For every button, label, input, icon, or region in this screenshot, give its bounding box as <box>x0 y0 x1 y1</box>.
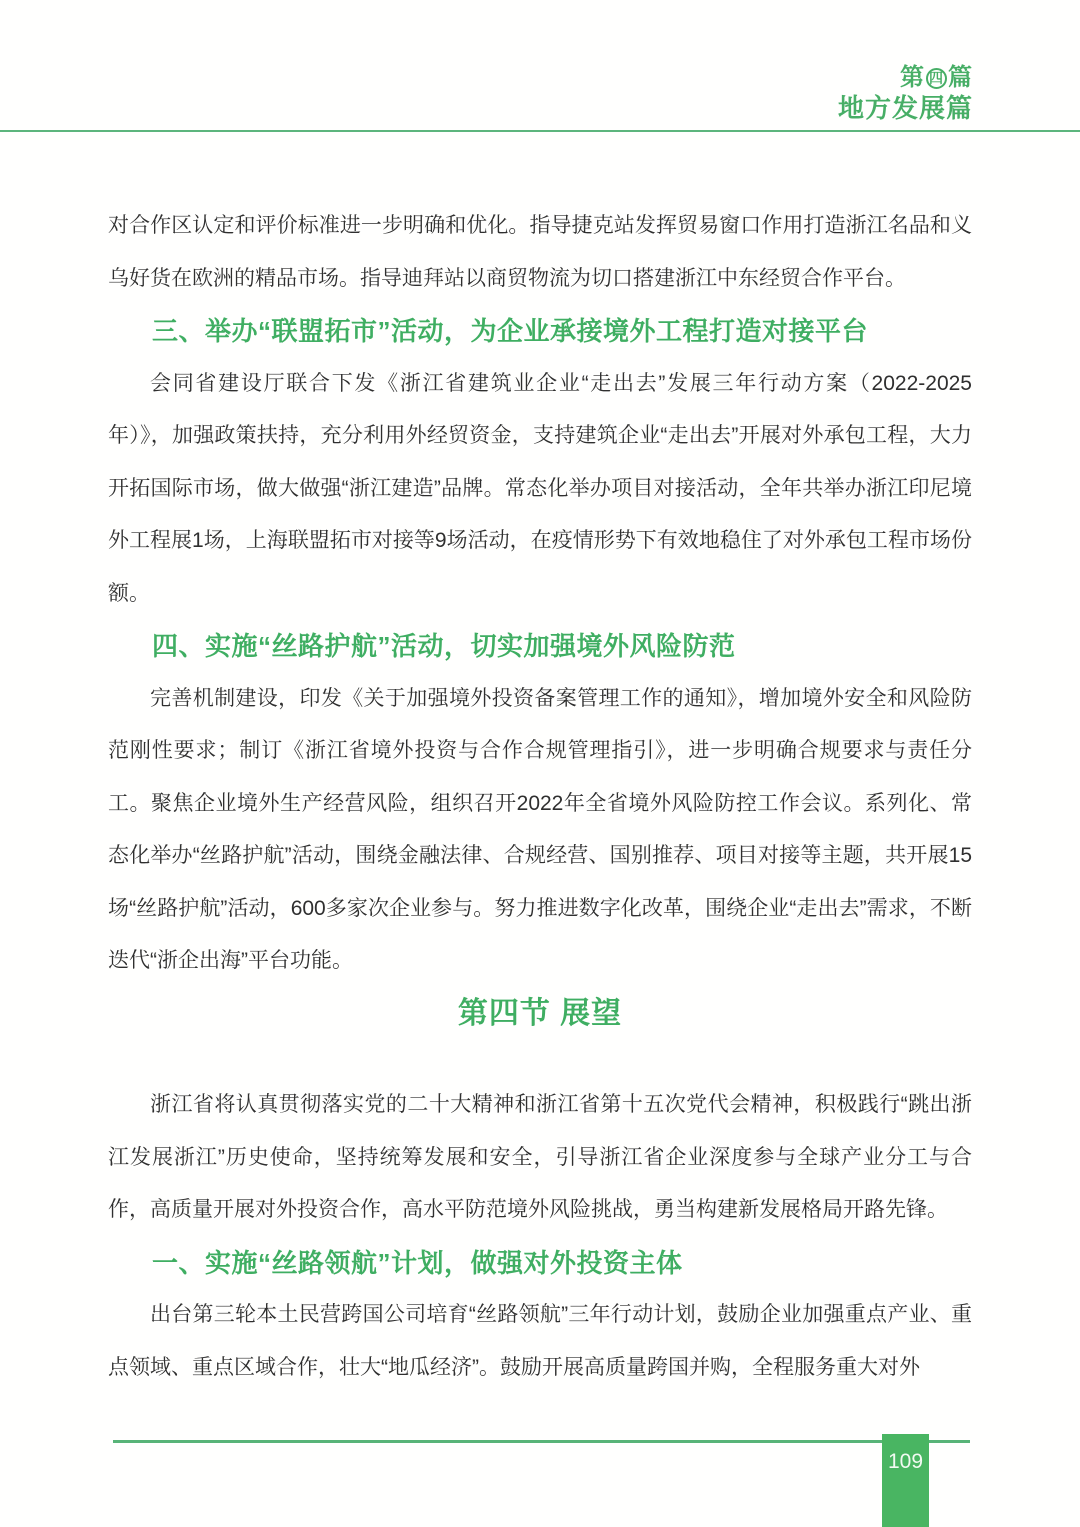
part-label: 第四篇 <box>838 66 973 90</box>
header-text-block: 第四篇 地方发展篇 <box>838 66 973 121</box>
page-number: 109 <box>888 1450 923 1473</box>
page-header: 第四篇 地方发展篇 <box>0 0 1080 132</box>
footer-divider <box>113 1440 970 1443</box>
subsection-heading-one: 一、实施“丝路领航”计划，做强对外投资主体 <box>108 1237 972 1290</box>
part-suffix: 篇 <box>948 66 973 90</box>
section-title: 第四节 展望 <box>108 988 972 1041</box>
paragraph-one-partial: 出台第三轮本土民营跨国公司培育“丝路领航”三年行动计划，鼓励企业加强重点产业、重… <box>108 1289 972 1394</box>
part-prefix: 第 <box>900 66 925 90</box>
subsection-heading-four: 四、实施“丝路护航”活动，切实加强境外风险防范 <box>108 620 972 673</box>
circled-four-badge: 四 <box>926 68 947 89</box>
paragraph-three: 会同省建设厅联合下发《浙江省建筑业企业“走出去”发展三年行动方案（2022-20… <box>108 358 972 621</box>
paragraph-outlook: 浙江省将认真贯彻落实党的二十大精神和浙江省第十五次党代会精神，积极践行“跳出浙江… <box>108 1079 972 1237</box>
part-title: 地方发展篇 <box>838 95 973 121</box>
paragraph-continuation: 对合作区认定和评价标准进一步明确和优化。指导捷克站发挥贸易窗口作用打造浙江名品和… <box>108 200 972 305</box>
paragraph-four: 完善机制建设，印发《关于加强境外投资备案管理工作的通知》，增加境外安全和风险防范… <box>108 673 972 988</box>
content-area: 对合作区认定和评价标准进一步明确和优化。指导捷克站发挥贸易窗口作用打造浙江名品和… <box>108 200 972 1394</box>
page-number-box: 109 <box>882 1434 929 1527</box>
subsection-heading-three: 三、举办“联盟拓市”活动，为企业承接境外工程打造对接平台 <box>108 305 972 358</box>
document-page: 第四篇 地方发展篇 对合作区认定和评价标准进一步明确和优化。指导捷克站发挥贸易窗… <box>0 0 1080 1527</box>
